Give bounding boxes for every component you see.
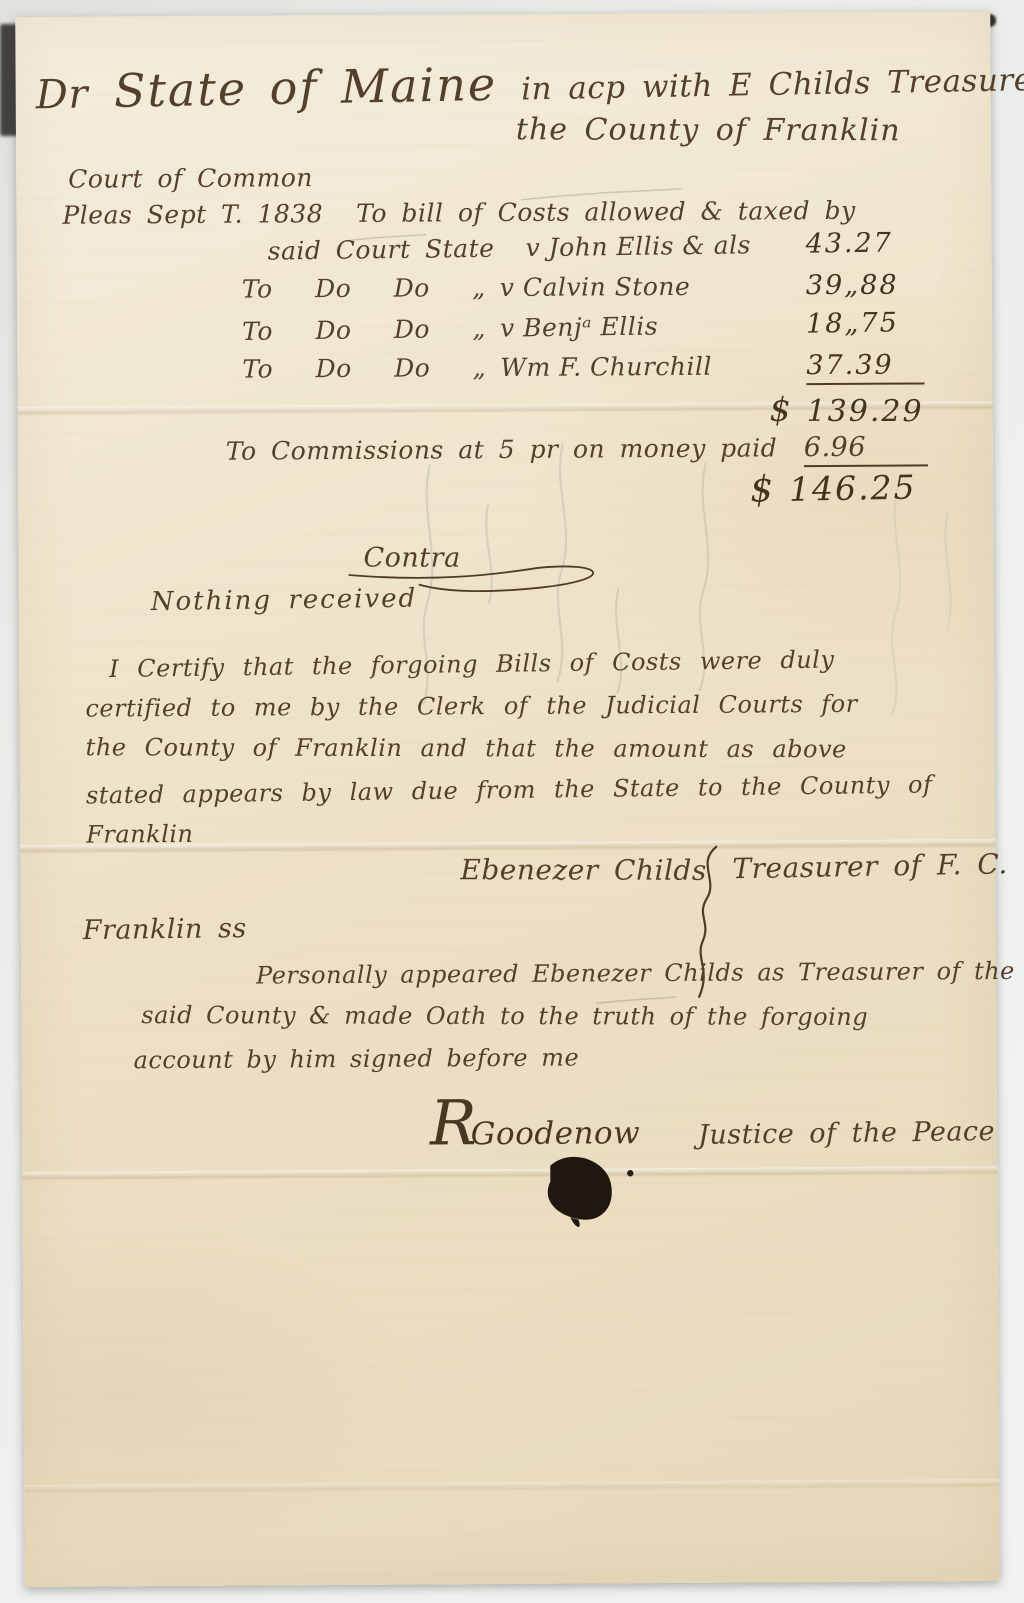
subtotal-value: 139.29 bbox=[807, 394, 924, 429]
header-dr: Dr bbox=[35, 71, 88, 118]
commission-amount: 6.96 bbox=[804, 431, 928, 467]
account-row: To Do Do „ Wm F. Churchill 37.39 bbox=[242, 349, 924, 393]
total-value: 146.25 bbox=[789, 467, 917, 508]
court-name-line-2: Pleas Sept T. 1838 To bill of Costs allo… bbox=[62, 196, 855, 230]
treasurer-title: Treasurer of F. C. bbox=[732, 847, 1008, 885]
ink-blot-stain bbox=[548, 1156, 634, 1227]
account-row: To Do Do „ v Benjᵃ Ellis 18„75 bbox=[242, 307, 924, 356]
justice-signature-row: R Goodenow Justice of the Peace bbox=[430, 1083, 996, 1159]
account-row-party: v John Ellis & als bbox=[525, 230, 805, 263]
account-row-lead: said Court State bbox=[241, 233, 525, 266]
account-row-lead: To Do Do „ bbox=[242, 314, 500, 346]
header-title: State of Maine bbox=[113, 57, 497, 118]
dollar-sign: $ bbox=[750, 469, 776, 510]
account-row-amount: 37.39 bbox=[806, 349, 924, 385]
treasurer-signature: Ebenezer Childs bbox=[460, 853, 706, 887]
fold-crease bbox=[24, 1479, 999, 1494]
account-row-party: Wm F. Churchill bbox=[500, 351, 806, 382]
oath-line: account by him signed before me bbox=[134, 1044, 580, 1075]
certification-line: certified to me by the Clerk of the Judi… bbox=[85, 690, 857, 723]
account-row-lead: To Do Do „ bbox=[242, 353, 500, 384]
account-row-lead: To Do Do „ bbox=[242, 273, 500, 304]
account-row-amount: 39„88 bbox=[806, 269, 924, 301]
fold-crease bbox=[22, 1166, 997, 1181]
total-line: $146.25 bbox=[750, 466, 917, 510]
header-line-2: the County of Franklin bbox=[516, 112, 901, 148]
oath-line: said County & made Oath to the truth of … bbox=[141, 1001, 868, 1031]
oath-line: Personally appeared Ebenezer Childs as T… bbox=[256, 957, 1015, 990]
account-row: said Court State v John Ellis & als 43.2… bbox=[241, 227, 923, 276]
account-row-amount: 43.27 bbox=[805, 227, 923, 260]
ledger-intro: To bill of Costs allowed & taxed by bbox=[356, 196, 856, 228]
subtotal-line: $139.29 bbox=[770, 390, 924, 429]
account-row-amount: 18„75 bbox=[806, 307, 924, 340]
account-table: said Court State v John Ellis & als 43.2… bbox=[242, 229, 925, 393]
justice-title: Justice of the Peace bbox=[698, 1116, 995, 1151]
court-term-date: Pleas Sept T. 1838 bbox=[62, 199, 323, 230]
certification-line: the County of Franklin and that the amou… bbox=[86, 733, 847, 763]
account-row: To Do Do „ v Calvin Stone 39„88 bbox=[242, 269, 924, 313]
dollar-sign: $ bbox=[770, 390, 793, 429]
certification-line: I Certify that the forgoing Bills of Cos… bbox=[109, 645, 835, 682]
venue-label: Franklin ss bbox=[83, 913, 247, 946]
commission-label: To Commissions at 5 pr on money paid bbox=[226, 433, 804, 466]
contra-heading: Contra bbox=[363, 542, 460, 573]
justice-signature-name: Goodenow bbox=[471, 1115, 641, 1152]
account-row-party: v Calvin Stone bbox=[500, 271, 806, 302]
document-header: DrState of Mainein acp with E Childs Tre… bbox=[35, 46, 1024, 119]
manuscript-page: DrState of Mainein acp with E Childs Tre… bbox=[15, 11, 1000, 1587]
court-name-line-1: Court of Common bbox=[68, 163, 313, 193]
header-rest: in acp with E Childs Treasurer of bbox=[521, 61, 1024, 108]
account-row-party: v Benjᵃ Ellis bbox=[500, 310, 806, 343]
certification-line: Franklin bbox=[86, 820, 193, 849]
commission-row: To Commissions at 5 pr on money paid 6.9… bbox=[226, 431, 928, 470]
contra-note: Nothing received bbox=[151, 584, 418, 617]
certification-line: stated appears by law due from the State… bbox=[86, 770, 933, 809]
bleed-through-marks-right bbox=[890, 486, 951, 716]
